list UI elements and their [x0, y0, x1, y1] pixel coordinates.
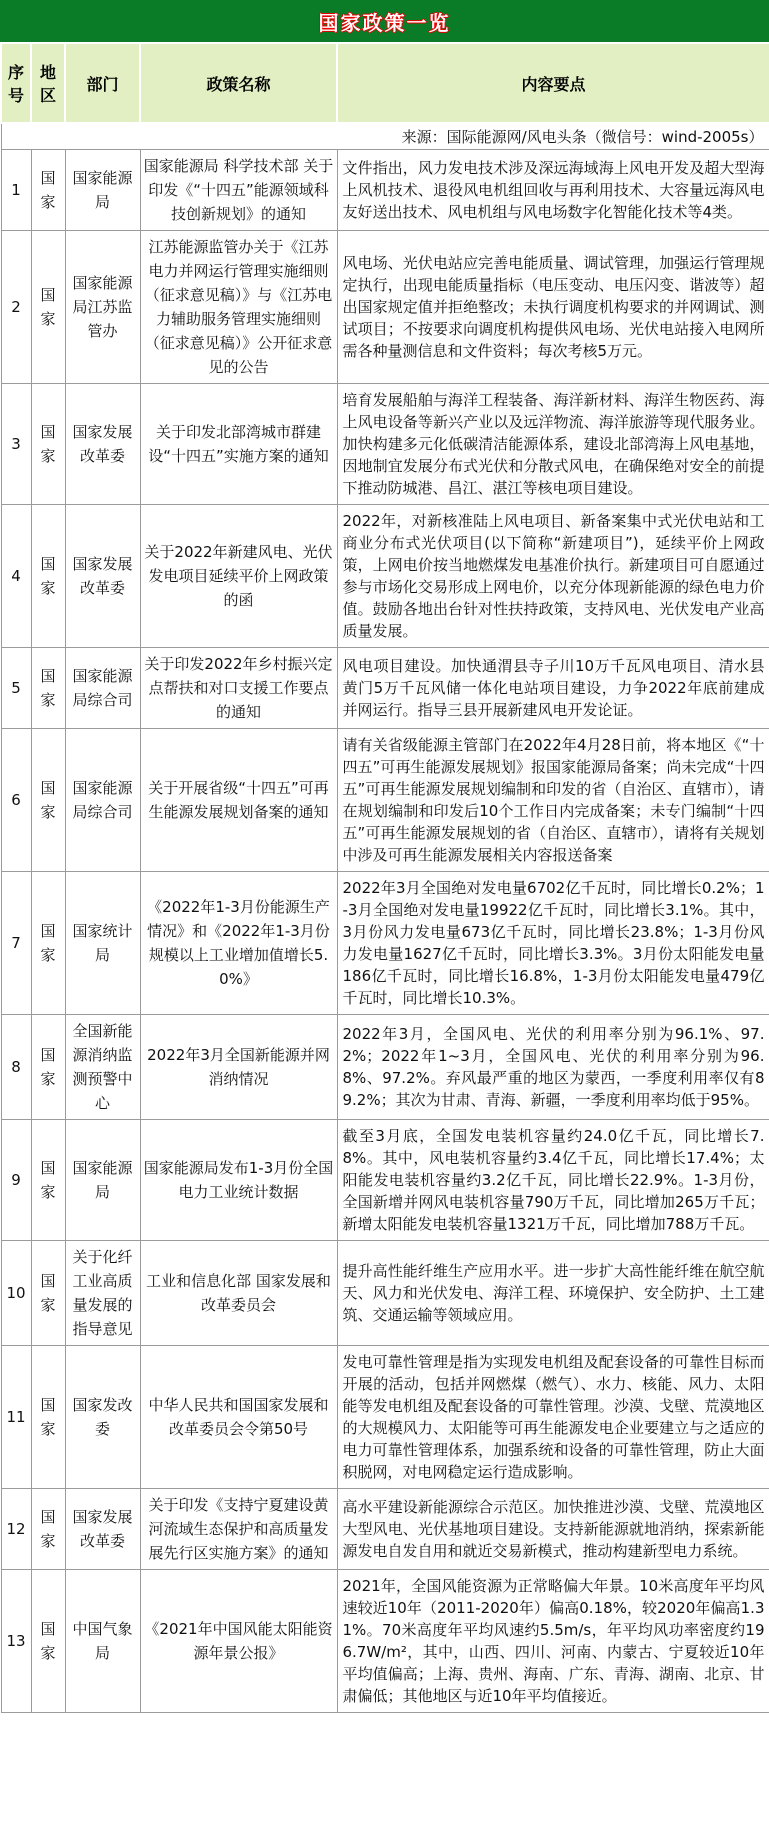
row-number-cell: 1	[1, 150, 31, 231]
row-number-cell: 13	[1, 1570, 31, 1713]
policy-name-cell: 关于印发北部湾城市群建设“十四五”实施方案的通知	[140, 384, 337, 505]
policy-name-cell: 关于印发《支持宁夏建设黄河流域生态保护和高质量发展先行区实施方案》的通知	[140, 1489, 337, 1570]
department-cell: 国家能源局综合司	[65, 648, 140, 729]
row-number-cell: 2	[1, 231, 31, 384]
policy-name-cell: 《2022年1-3月份能源生产情况》和《2022年1-3月份规模以上工业增加值增…	[140, 872, 337, 1015]
row-number-cell: 4	[1, 505, 31, 648]
region-cell: 国家	[31, 1346, 65, 1489]
region-cell: 国家	[31, 1570, 65, 1713]
policy-name-cell: 中华人民共和国国家发展和改革委员会令第50号	[140, 1346, 337, 1489]
region-cell: 国家	[31, 729, 65, 872]
column-header-content: 内容要点	[337, 43, 769, 123]
policy-table: 序号 地区 部门 政策名称 内容要点 来源：国际能源网/风电头条（微信号：win…	[0, 42, 769, 1713]
table-row: 1 国家 国家能源局 国家能源局 科学技术部 关于印发《“十四五”能源领域科技创…	[1, 150, 769, 231]
policy-name-cell: 关于2022年新建风电、光伏发电项目延续平价上网政策的函	[140, 505, 337, 648]
row-number-cell: 12	[1, 1489, 31, 1570]
region-cell: 国家	[31, 1015, 65, 1120]
table-row: 12 国家 国家发展改革委 关于印发《支持宁夏建设黄河流域生态保护和高质量发展先…	[1, 1489, 769, 1570]
row-number-cell: 11	[1, 1346, 31, 1489]
row-number-cell: 3	[1, 384, 31, 505]
policy-name-cell: 工业和信息化部 国家发展和改革委员会	[140, 1241, 337, 1346]
table-row: 7 国家 国家统计局 《2022年1-3月份能源生产情况》和《2022年1-3月…	[1, 872, 769, 1015]
policy-name-cell: 关于印发2022年乡村振兴定点帮扶和对口支援工作要点的通知	[140, 648, 337, 729]
source-row: 来源：国际能源网/风电头条（微信号：wind-2005s）	[1, 123, 769, 150]
table-row: 4 国家 国家发展改革委 关于2022年新建风电、光伏发电项目延续平价上网政策的…	[1, 505, 769, 648]
content-cell: 2022年3月全国绝对发电量6702亿千瓦时，同比增长0.2%；1-3月全国绝对…	[337, 872, 769, 1015]
content-cell: 2022年，对新核准陆上风电项目、新备案集中式光伏电站和工商业分布式光伏项目(以…	[337, 505, 769, 648]
row-number-cell: 10	[1, 1241, 31, 1346]
column-header-no: 序号	[1, 43, 31, 123]
row-number-cell: 9	[1, 1120, 31, 1241]
content-cell: 风电场、光伏电站应完善电能质量、调试管理，加强运行管理规定执行，出现电能质量指标…	[337, 231, 769, 384]
department-cell: 国家能源局综合司	[65, 729, 140, 872]
region-cell: 国家	[31, 1120, 65, 1241]
policy-name-cell: 国家能源局发布1-3月份全国电力工业统计数据	[140, 1120, 337, 1241]
department-cell: 国家能源局江苏监管办	[65, 231, 140, 384]
policy-name-cell: 2022年3月全国新能源并网消纳情况	[140, 1015, 337, 1120]
content-cell: 文件指出，风力发电技术涉及深远海域海上风电开发及超大型海上风机技术、退役风电机组…	[337, 150, 769, 231]
content-cell: 截至3月底，全国发电装机容量约24.0亿千瓦，同比增长7.8%。其中，风电装机容…	[337, 1120, 769, 1241]
page-title: 国家政策一览	[0, 0, 769, 42]
region-cell: 国家	[31, 505, 65, 648]
content-cell: 2021年，全国风能资源为正常略偏大年景。10米高度年平均风速较近10年（201…	[337, 1570, 769, 1713]
region-cell: 国家	[31, 231, 65, 384]
table-row: 10 国家 关于化纤工业高质量发展的指导意见 工业和信息化部 国家发展和改革委员…	[1, 1241, 769, 1346]
table-row: 13 国家 中国气象局 《2021年中国风能太阳能资源年景公报》 2021年，全…	[1, 1570, 769, 1713]
policy-name-cell: 江苏能源监管办关于《江苏电力并网运行管理实施细则（征求意见稿）》与《江苏电力辅助…	[140, 231, 337, 384]
department-cell: 国家统计局	[65, 872, 140, 1015]
policy-name-cell: 《2021年中国风能太阳能资源年景公报》	[140, 1570, 337, 1713]
region-cell: 国家	[31, 1489, 65, 1570]
content-cell: 提升高性能纤维生产应用水平。进一步扩大高性能纤维在航空航天、风力和光伏发电、海洋…	[337, 1241, 769, 1346]
department-cell: 国家能源局	[65, 150, 140, 231]
table-row: 9 国家 国家能源局 国家能源局发布1-3月份全国电力工业统计数据 截至3月底，…	[1, 1120, 769, 1241]
source-note: 来源：国际能源网/风电头条（微信号：wind-2005s）	[1, 123, 769, 150]
department-cell: 中国气象局	[65, 1570, 140, 1713]
department-cell: 国家发展改革委	[65, 505, 140, 648]
policy-name-cell: 关于开展省级“十四五”可再生能源发展规划备案的通知	[140, 729, 337, 872]
table-row: 3 国家 国家发展改革委 关于印发北部湾城市群建设“十四五”实施方案的通知 培育…	[1, 384, 769, 505]
content-cell: 风电项目建设。加快通渭县寺子川10万千瓦风电项目、清水县黄门5万千瓦风储一体化电…	[337, 648, 769, 729]
content-cell: 培育发展船舶与海洋工程装备、海洋新材料、海洋生物医药、海上风电设备等新兴产业以及…	[337, 384, 769, 505]
department-cell: 国家能源局	[65, 1120, 140, 1241]
department-cell: 国家发展改革委	[65, 1489, 140, 1570]
header-row: 序号 地区 部门 政策名称 内容要点	[1, 43, 769, 123]
table-row: 5 国家 国家能源局综合司 关于印发2022年乡村振兴定点帮扶和对口支援工作要点…	[1, 648, 769, 729]
region-cell: 国家	[31, 648, 65, 729]
department-cell: 关于化纤工业高质量发展的指导意见	[65, 1241, 140, 1346]
table-row: 11 国家 国家发改委 中华人民共和国国家发展和改革委员会令第50号 发电可靠性…	[1, 1346, 769, 1489]
row-number-cell: 8	[1, 1015, 31, 1120]
column-header-region: 地区	[31, 43, 65, 123]
column-header-policy: 政策名称	[140, 43, 337, 123]
row-number-cell: 7	[1, 872, 31, 1015]
content-cell: 高水平建设新能源综合示范区。加快推进沙漠、戈壁、荒漠地区大型风电、光伏基地项目建…	[337, 1489, 769, 1570]
region-cell: 国家	[31, 150, 65, 231]
content-cell: 2022年3月，全国风电、光伏的利用率分别为96.1%、97.2%；2022年1…	[337, 1015, 769, 1120]
policy-name-cell: 国家能源局 科学技术部 关于印发《“十四五”能源领域科技创新规划》的通知	[140, 150, 337, 231]
department-cell: 国家发改委	[65, 1346, 140, 1489]
department-cell: 全国新能源消纳监测预警中心	[65, 1015, 140, 1120]
content-cell: 发电可靠性管理是指为实现发电机组及配套设备的可靠性目标而开展的活动，包括并网燃煤…	[337, 1346, 769, 1489]
department-cell: 国家发展改革委	[65, 384, 140, 505]
content-cell: 请有关省级能源主管部门在2022年4月28日前，将本地区《“十四五”可再生能源发…	[337, 729, 769, 872]
region-cell: 国家	[31, 384, 65, 505]
table-row: 6 国家 国家能源局综合司 关于开展省级“十四五”可再生能源发展规划备案的通知 …	[1, 729, 769, 872]
table-row: 8 国家 全国新能源消纳监测预警中心 2022年3月全国新能源并网消纳情况 20…	[1, 1015, 769, 1120]
row-number-cell: 5	[1, 648, 31, 729]
column-header-department: 部门	[65, 43, 140, 123]
table-row: 2 国家 国家能源局江苏监管办 江苏能源监管办关于《江苏电力并网运行管理实施细则…	[1, 231, 769, 384]
row-number-cell: 6	[1, 729, 31, 872]
region-cell: 国家	[31, 1241, 65, 1346]
region-cell: 国家	[31, 872, 65, 1015]
